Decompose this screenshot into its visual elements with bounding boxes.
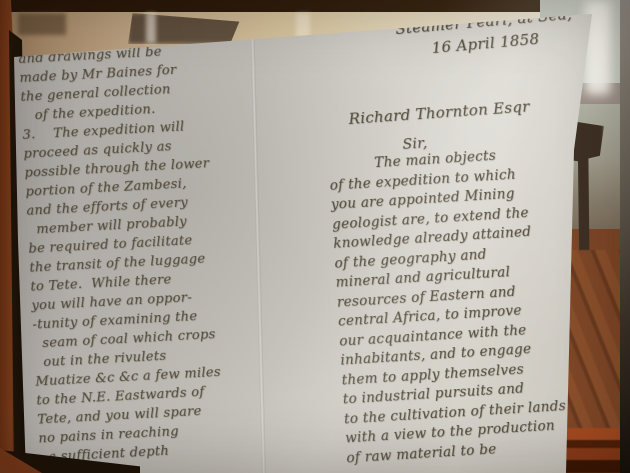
left-page-text: and drawings will bemade by Mr Baines fo…	[18, 38, 268, 467]
ceiling-reflection-shape	[18, 13, 66, 35]
letter-paper: and drawings will bemade by Mr Baines fo…	[0, 0, 630, 473]
museum-display-photo: and drawings will bemade by Mr Baines fo…	[0, 0, 630, 473]
recipient-line: Richard Thornton Esqr	[348, 94, 579, 128]
case-frame-right	[620, 0, 630, 473]
right-page-text: The main objectsof the expedition to whi…	[328, 141, 607, 468]
glass-highlight	[146, 13, 156, 43]
glass-highlight	[296, 13, 310, 39]
